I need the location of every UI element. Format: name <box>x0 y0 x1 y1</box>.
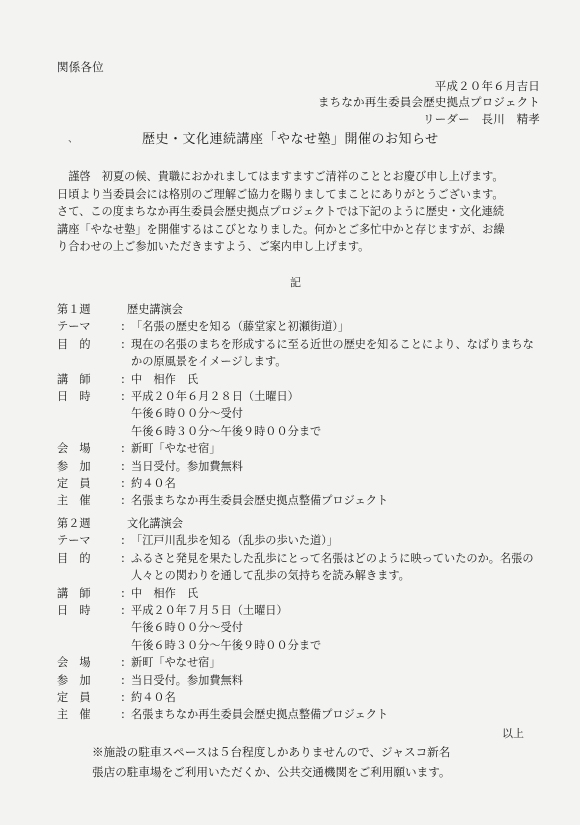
session-header: 第２週 文化講演会 <box>57 515 534 532</box>
detail-label: 参 加 <box>57 458 121 475</box>
detail-continuation: 午後６時００分～受付 <box>57 619 534 636</box>
body-line: さて、この度まちなか再生委員会歴史拠点プロジェクトでは下記のように歴史・文化連続 <box>57 203 547 221</box>
note-line: ※施設の駐車スペースは５台程度しかありませんので、ジャスコ新名 <box>92 742 532 762</box>
detail-continuation: 人々との関わりを通して乱歩の気持ちを読み解きます。 <box>57 567 534 584</box>
detail-value: 「名張の歴史を知る（藤堂家と初瀬街道）」 <box>131 318 349 335</box>
detail-value: 中 相作 氏 <box>131 585 198 602</box>
detail-row-lecturer: 講 師: 中 相作 氏 <box>57 371 534 388</box>
detail-row-purpose: 目 的: ふるさと発見を果たした乱歩にとって名張はどのように映っていたのか。名張… <box>57 550 534 567</box>
detail-label: 講 師 <box>57 371 121 388</box>
detail-label: テーマ <box>57 532 121 549</box>
parking-note: ※施設の駐車スペースは５台程度しかありませんので、ジャスコ新名 張店の駐車場をご… <box>92 742 532 782</box>
session-week: 第１週 <box>57 301 127 318</box>
detail-value: 「江戸川乱歩を知る（乱歩の歩いた道）」 <box>131 532 338 549</box>
ki-heading: 記 <box>290 274 301 290</box>
detail-continuation: かの原風景をイメージします。 <box>57 353 534 370</box>
detail-row-participation: 参 加: 当日受付。参加費無料 <box>57 672 534 689</box>
detail-continuation: 午後６時３０分～午後９時００分まで <box>57 423 534 440</box>
detail-label: 日 時 <box>57 388 121 405</box>
detail-value: 新町「やなせ宿」 <box>131 654 221 671</box>
body-line: り合わせの上ご参加いただきますよう、ご案内申し上げます。 <box>57 238 547 256</box>
closing-mark: 以上 <box>502 725 524 741</box>
detail-value: 平成２０年７月５日（土曜日） <box>131 602 288 619</box>
detail-label: テーマ <box>57 318 121 335</box>
detail-label: 会 場 <box>57 440 121 457</box>
detail-value: 平成２０年６月２８日（土曜日） <box>131 388 299 405</box>
detail-label: 講 師 <box>57 585 121 602</box>
detail-row-theme: テーマ: 「名張の歴史を知る（藤堂家と初瀬街道）」 <box>57 318 534 335</box>
detail-value: 中 相作 氏 <box>131 371 198 388</box>
detail-row-capacity: 定 員: 約４０名 <box>57 475 534 492</box>
detail-label: 会 場 <box>57 654 121 671</box>
detail-row-organizer: 主 催: 名張まちなか再生委員会歴史拠点整備プロジェクト <box>57 706 534 723</box>
letter-date: 平成２０年６月吉日 <box>435 79 540 93</box>
detail-row-datetime: 日 時: 平成２０年７月５日（土曜日） <box>57 602 534 619</box>
detail-value: 現在の名張のまちを形成するに至る近世の歴史を知ることにより、なばりまちな <box>131 336 534 353</box>
stray-mark: 、 <box>68 130 78 145</box>
detail-label: 目 的 <box>57 336 121 353</box>
detail-row-theme: テーマ: 「江戸川乱歩を知る（乱歩の歩いた道）」 <box>57 532 534 549</box>
detail-row-capacity: 定 員: 約４０名 <box>57 689 534 706</box>
detail-continuation: 午後６時３０分～午後９時００分まで <box>57 637 534 654</box>
detail-value: 約４０名 <box>131 475 176 492</box>
detail-label: 定 員 <box>57 689 121 706</box>
addressee: 関係各位 <box>57 60 104 74</box>
detail-value: 約４０名 <box>131 689 176 706</box>
detail-row-lecturer: 講 師: 中 相作 氏 <box>57 585 534 602</box>
session-type: 文化講演会 <box>127 515 183 532</box>
detail-row-purpose: 目 的: 現在の名張のまちを形成するに至る近世の歴史を知ることにより、なばりまち… <box>57 336 534 353</box>
detail-label: 定 員 <box>57 475 121 492</box>
body-line: 日頃より当委員会には格別のご理解ご協力を賜りましてまことにありがとうございます。 <box>57 186 547 204</box>
detail-row-organizer: 主 催: 名張まちなか再生委員会歴史拠点整備プロジェクト <box>57 492 534 509</box>
detail-label: 主 催 <box>57 492 121 509</box>
sender-organization: まちなか再生委員会歴史拠点プロジェクト <box>318 95 540 109</box>
detail-label: 目 的 <box>57 550 121 567</box>
detail-continuation: 午後６時００分～受付 <box>57 405 534 422</box>
detail-value: ふるさと発見を果たした乱歩にとって名張はどのように映っていたのか。名張の <box>131 550 534 567</box>
sender-leader: リーダー 長川 精孝 <box>423 112 540 126</box>
session-week-1: 第１週 歴史講演会 テーマ: 「名張の歴史を知る（藤堂家と初瀬街道）」 目 的:… <box>57 301 534 510</box>
detail-value: 新町「やなせ宿」 <box>131 440 221 457</box>
detail-row-participation: 参 加: 当日受付。参加費無料 <box>57 458 534 475</box>
note-line: 張店の駐車場をご利用いただくか、公共交通機関をご利用願います。 <box>92 762 532 782</box>
detail-label: 主 催 <box>57 706 121 723</box>
scanned-letter: 関係各位 平成２０年６月吉日 まちなか再生委員会歴史拠点プロジェクト リーダー … <box>0 0 580 825</box>
detail-value: 名張まちなか再生委員会歴史拠点整備プロジェクト <box>131 492 388 509</box>
detail-row-venue: 会 場: 新町「やなせ宿」 <box>57 654 534 671</box>
detail-label: 日 時 <box>57 602 121 619</box>
detail-row-venue: 会 場: 新町「やなせ宿」 <box>57 440 534 457</box>
body-line: 謹啓 初夏の候、貴職におかれましてはますますご清祥のこととお慶び申し上げます。 <box>57 168 547 186</box>
detail-label: 参 加 <box>57 672 121 689</box>
detail-row-datetime: 日 時: 平成２０年６月２８日（土曜日） <box>57 388 534 405</box>
session-header: 第１週 歴史講演会 <box>57 301 534 318</box>
body-paragraph: 謹啓 初夏の候、貴職におかれましてはますますご清祥のこととお慶び申し上げます。 … <box>57 168 547 256</box>
session-type: 歴史講演会 <box>127 301 183 318</box>
detail-value: 当日受付。参加費無料 <box>131 672 243 689</box>
session-week-2: 第２週 文化講演会 テーマ: 「江戸川乱歩を知る（乱歩の歩いた道）」 目 的: … <box>57 515 534 724</box>
session-week: 第２週 <box>57 515 127 532</box>
letter-title: 歴史・文化連続講座「やなせ塾」開催のお知らせ <box>142 128 439 147</box>
detail-value: 当日受付。参加費無料 <box>131 458 243 475</box>
body-line: 講座「やなせ塾」を開催するはこびとなりました。何かとご多忙中かと存じますが、お繰 <box>57 221 547 239</box>
detail-value: 名張まちなか再生委員会歴史拠点整備プロジェクト <box>131 706 388 723</box>
